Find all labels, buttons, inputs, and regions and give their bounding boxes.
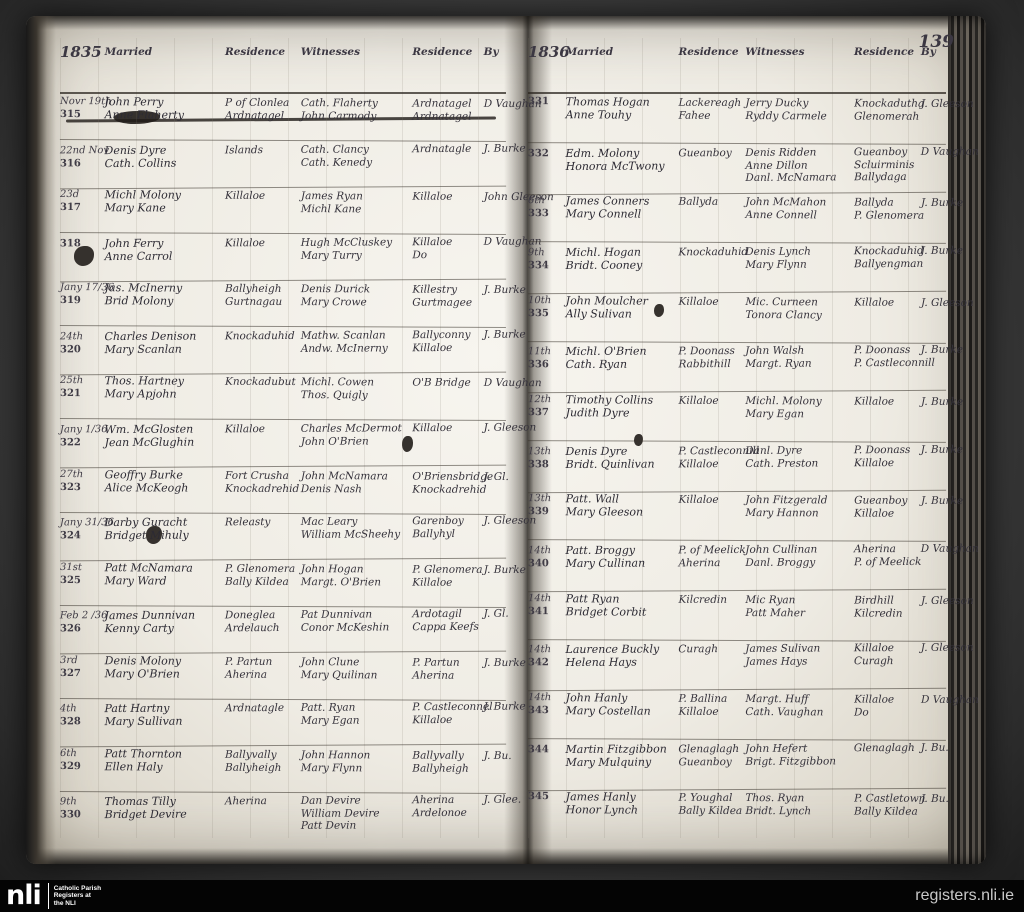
entry-couple-names: Patt HartnyMary Sullivan [104, 703, 225, 729]
entry-witnesses: Dan DevireWilliam DevirePatt Devin [301, 795, 413, 833]
entry-witnesses: Hugh McCluskeyMary Turry [301, 236, 413, 262]
entry-witnesses: Mathw. ScanlanAndw. McInerny [301, 329, 413, 355]
nli-logo-text: nli [6, 883, 41, 909]
entry-witness-residence: P. CastletownBally Kildea [854, 793, 921, 818]
site-watermark: registers.nli.ie [915, 887, 1014, 905]
entry-officiant: J. Burke [921, 197, 946, 210]
entry-witnesses: Denis LynchMary Flynn [745, 245, 854, 271]
entry-officiant: J. Burke [484, 657, 506, 670]
entry-witness-residence: Killaloe [412, 191, 483, 204]
column-header-residence: Residence [225, 46, 301, 59]
register-header-right: 1836 Married Residence Witnesses Residen… [528, 38, 946, 94]
entry-couple-names: Thomas TillyBridget Devire [104, 796, 225, 822]
register-entry: Jany 31/36324Darby GurachtBridget Mihuly… [60, 512, 506, 561]
entry-number-date: 10th335 [528, 295, 566, 320]
entry-couple-names: John HanlyMary Costellan [566, 692, 679, 717]
entry-number-date: 4th328 [60, 703, 105, 728]
entry-officiant: J. Gleeson [921, 595, 946, 608]
entry-residence: Knockaduhid [678, 246, 745, 259]
register-entry: 22nd Nov316Denis DyreCath. CollinsIsland… [60, 139, 506, 188]
entry-number-date: 14th342 [528, 644, 566, 669]
entry-number-date: 6th329 [60, 748, 105, 773]
entry-witnesses: Michl. MolonyMary Egan [745, 395, 854, 420]
register-entry: 14th341Patt RyanBridget CorbitKilcredinM… [528, 590, 946, 641]
register-entry: 6th333James ConnersMary ConnellBallydaJo… [528, 192, 946, 243]
register-entry: 9th334Michl. HoganBridt. CooneyKnockaduh… [528, 242, 946, 294]
entry-witnesses: Mic RyanPatt Maher [745, 594, 854, 619]
column-header-by: By [484, 46, 506, 59]
register-entry: 14th343John HanlyMary CostellanP. Ballin… [528, 689, 946, 740]
entry-witness-residence: Ardnatagle [412, 142, 483, 155]
entry-witness-residence: KnockaduthaGlenomerah [854, 98, 921, 123]
entry-witnesses: John WalshMargt. Ryan [745, 345, 854, 371]
entry-number-date: Feb 2 /36326 [60, 610, 105, 635]
entry-officiant: J. Burke [921, 245, 946, 258]
entry-officiant: J. Bu. [921, 793, 946, 806]
entry-witness-residence: KnockaduhidBallyengman [854, 245, 921, 270]
entry-witnesses: James RyanMichl Kane [301, 190, 413, 215]
entry-witnesses: Mac LearyWilliam McSheehy [301, 515, 413, 541]
entry-witnesses: James SulivanJames Hays [745, 643, 854, 669]
entry-residence: Aherina [225, 795, 301, 808]
entry-number-date: 345 [528, 791, 566, 804]
entry-officiant: D Vaughan [921, 145, 946, 158]
entry-couple-names: Darby GurachtBridget Mihuly [104, 516, 225, 542]
entry-witness-residence: P. DoonassP. Castleconnill [854, 344, 921, 369]
register-entry: 14th340Patt. BroggyMary CullinanP. of Me… [528, 540, 946, 592]
logo-divider [48, 883, 49, 909]
register-book-spread: 1835 Married Residence Witnesses Residen… [26, 16, 986, 864]
entry-residence: P. CastleconnillKillaloe [678, 445, 745, 470]
entry-residence: Kilcredin [679, 593, 746, 606]
entry-number-date: 344 [528, 744, 566, 757]
register-entry: 4th328Patt HartnyMary SullivanArdnatagle… [60, 698, 506, 747]
entry-witness-residence: GueanboyKillaloe [854, 495, 921, 520]
column-header-witnesses: Witnesses [745, 46, 854, 59]
entry-witness-residence: Killaloe [854, 396, 921, 409]
entry-witness-residence: KillaloeCuragh [854, 642, 921, 667]
entry-witnesses: Charles McDermotJohn O'Brien [301, 422, 413, 448]
entry-witnesses: Thos. RyanBridt. Lynch [745, 792, 854, 817]
entry-residence: P of ClonleaArdnatagel [225, 97, 301, 122]
entry-witnesses: Denis DurickMary Crowe [301, 283, 413, 308]
entry-number-date: 13th339 [528, 493, 566, 518]
entry-couple-names: Thos. HartneyMary Apjohn [105, 376, 226, 402]
entry-witness-residence: P. PartunAherina [412, 656, 483, 681]
entry-number-date: 332 [528, 148, 566, 161]
register-entry: 24th320Charles DenisonMary ScanlanKnocka… [60, 325, 506, 374]
entry-number-date: 14th340 [528, 545, 566, 570]
register-entry: 23d317Michl MolonyMary KaneKillaloeJames… [60, 186, 506, 235]
entry-witnesses: Cath. ClancyCath. Kenedy [301, 143, 413, 169]
entry-witness-residence: P. CastleconnelKillaloe [412, 701, 484, 726]
footer-bar: nli Catholic Parish Registers at the NLI… [0, 880, 1024, 912]
entry-couple-names: Denis DyreBridt. Quinlivan [565, 445, 678, 471]
entry-officiant: D Vaughan [484, 98, 506, 111]
entry-couple-names: Edm. MolonyHonora McTwony [565, 147, 678, 173]
entry-witness-residence: Killaloe [412, 422, 483, 435]
entry-number-date: 31st325 [60, 562, 105, 587]
register-entry: 27th323Geoffry BurkeAlice McKeoghFort Cr… [60, 466, 506, 515]
entry-witnesses: John McMahonAnne Connell [745, 196, 854, 221]
entry-residence: Ardnatagle [225, 702, 301, 715]
register-entry: Novr 19th315John PerryAnne FlahertyP of … [60, 93, 506, 142]
entry-officiant: J. Burke [921, 443, 946, 456]
register-entry: 11th336Michl. O'BrienCath. RyanP. Doonas… [528, 341, 946, 393]
entry-officiant: J. Bu. [921, 741, 946, 754]
entry-couple-names: Charles DenisonMary Scanlan [104, 330, 225, 356]
entry-couple-names: Patt RyanBridget Corbit [566, 593, 679, 618]
column-header-witnesses: Witnesses [301, 46, 413, 59]
entry-officiant: J. Gl. [484, 608, 506, 621]
entry-witness-residence: AherinaArdelonoe [412, 794, 484, 819]
register-entry: 10th335John MoulcherAlly SulivanKillaloe… [528, 292, 946, 343]
entry-residence: P. of MeelickAherina [678, 544, 745, 569]
entry-officiant: J. Burke [921, 344, 946, 357]
entry-witnesses: Denis RiddenAnne DillonDanl. McNamara [745, 146, 854, 184]
entry-residence: Releasty [225, 516, 301, 529]
entry-officiant: D Vaughan [921, 694, 946, 707]
entry-residence: BallyheighGurtnagau [225, 283, 301, 308]
column-header-married: Married [105, 46, 225, 59]
entry-number-date: 27th323 [60, 469, 105, 494]
entry-number-date: 11th336 [528, 346, 566, 371]
entry-residence: Gueanboy [678, 147, 745, 160]
column-header-residence: Residence [678, 46, 745, 59]
entry-officiant: J. Gleeson [484, 422, 506, 435]
entry-officiant: J. Gleeson [921, 642, 946, 655]
entry-residence: LackereaghFahee [678, 97, 745, 122]
entry-couple-names: John MoulcherAlly Sulivan [566, 295, 679, 320]
entry-witnesses: Mic. CurneenTonora Clancy [745, 296, 854, 321]
register-entry: 332Edm. MolonyHonora McTwonyGueanboyDeni… [528, 142, 946, 194]
entry-officiant: D Vaughan [484, 235, 506, 248]
entry-witnesses: John CullinanDanl. Broggy [745, 543, 854, 569]
entry-residence: Killaloe [225, 190, 301, 203]
register-entry: 13th339Patt. WallMary GleesonKillaloeJoh… [528, 490, 946, 541]
register-entry: 3rd327Denis MolonyMary O'BrienP. PartunA… [60, 652, 506, 701]
entry-witness-residence: O'BriensbridgeKnockadrehid [412, 470, 483, 495]
entry-witnesses: Jerry DuckyRyddy Carmele [745, 97, 854, 122]
entry-number-date: 22nd Nov316 [60, 145, 105, 170]
entry-number-date: 3rd327 [60, 655, 105, 680]
entry-residence: Killaloe [225, 423, 301, 436]
entry-couple-names: Geoffry BurkeAlice McKeogh [105, 469, 226, 495]
entry-couple-names: Patt. BroggyMary Cullinan [565, 544, 678, 570]
register-entry: 345James HanlyHonor LynchP. YoughalBally… [528, 788, 946, 838]
nli-logo-caption: Catholic Parish Registers at the NLI [54, 885, 101, 908]
entry-officiant: J. Gleeson [921, 296, 946, 309]
entry-residence: Killaloe [679, 494, 746, 507]
entry-officiant: J. Gleeson [921, 98, 946, 111]
entry-couple-names: Michl. O'BrienCath. Ryan [565, 346, 678, 372]
year-label: 1836 [528, 46, 566, 59]
entry-residence: Killaloe [679, 295, 746, 308]
column-header-residence2: Residence [854, 46, 921, 59]
register-entry: Jany 1/36322Wm. McGlostenJean McGlughinK… [60, 419, 506, 468]
entry-number-date: Jany 1/36322 [60, 424, 105, 449]
entry-witnesses: John HoganMargt. O'Brien [301, 563, 413, 588]
entry-couple-names: John PerryAnne Flaherty [105, 96, 226, 122]
entry-number-date: 9th330 [60, 797, 105, 822]
entry-witnesses: John McNamaraDenis Nash [301, 470, 413, 495]
entry-residence: Islands [225, 143, 301, 156]
entry-witness-residence: Glenaglagh [854, 742, 921, 755]
register-entry: 6th329Patt ThorntonEllen HalyBallyvallyB… [60, 745, 506, 794]
page-number: 139 [919, 32, 955, 52]
entry-witnesses: John CluneMary Quilinan [301, 656, 413, 681]
entry-witness-residence: P. DoonassKillaloe [854, 444, 921, 469]
entry-couple-names: James DunnivanKenny Carty [104, 610, 225, 636]
page-curl-right [948, 16, 986, 864]
entry-witness-residence: KillaloeDo [854, 694, 921, 719]
entry-witness-residence: GarenboyBallyhyl [412, 515, 484, 540]
entry-witness-residence: P. GlenomeraKillaloe [412, 563, 483, 588]
year-label: 1835 [60, 46, 105, 59]
entry-residence: GlenaglaghGueanboy [678, 743, 745, 768]
entry-couple-names: John FerryAnne Carrol [104, 237, 225, 263]
entry-couple-names: Thomas HoganAnne Touhy [566, 96, 679, 121]
register-page-right: 139 1836 Married Residence Witnesses Res… [528, 38, 946, 838]
entry-residence: Ballyda [679, 196, 746, 209]
entry-couple-names: Martin FitzgibbonMary Mulquiny [565, 743, 678, 769]
entry-couple-names: Laurence BucklyHelena Hays [565, 644, 678, 670]
entry-couple-names: Michl MolonyMary Kane [105, 189, 226, 215]
entry-witness-residence: GueanboyScluirminisBallydaga [854, 146, 921, 184]
entry-witnesses: Margt. HuffCath. Vaughan [745, 693, 854, 718]
entry-witness-residence: ArdotagilCappa Keefs [412, 608, 484, 633]
register-entry: Feb 2 /36326James DunnivanKenny CartyDon… [60, 605, 506, 654]
entry-couple-names: Patt McNamaraMary Ward [105, 562, 226, 588]
entry-officiant: D Vaughan [484, 377, 506, 390]
entry-officiant: J. Burke [921, 396, 946, 409]
entry-officiant: J. Burke [484, 701, 506, 714]
entry-residence: P. PartunAherina [225, 655, 301, 680]
entry-officiant: J. Burke [484, 328, 506, 341]
entry-number-date: Novr 19th315 [60, 96, 105, 121]
entry-officiant: John Gleeson [484, 191, 506, 204]
register-entry: 25th321Thos. HartneyMary ApjohnKnockadub… [60, 372, 506, 421]
entry-residence: P. BallinaKillaloe [678, 693, 745, 718]
entry-witnesses: Pat DunnivanConor McKeshin [301, 608, 413, 634]
register-page-left: 1835 Married Residence Witnesses Residen… [60, 38, 506, 838]
entry-witnesses: Cath. FlahertyJohn Carmody [301, 97, 413, 122]
column-header-married: Married [566, 46, 679, 59]
entry-witnesses: Michl. CowenThos. Quigly [301, 376, 413, 401]
register-header-left: 1835 Married Residence Witnesses Residen… [60, 38, 506, 94]
entry-couple-names: Wm. McGlostenJean McGlughin [104, 423, 225, 449]
entry-number-date: 331 [528, 96, 566, 109]
entry-couple-names: Michl. HoganBridt. Cooney [565, 246, 678, 272]
entry-number-date: 6th333 [528, 195, 566, 220]
register-entry: 13th338Denis DyreBridt. QuinlivanP. Cast… [528, 440, 946, 492]
entry-residence: Killaloe [679, 395, 746, 408]
entry-officiant: J. Glee. [484, 794, 506, 807]
entry-witness-residence: KillestryGurtmagee [412, 284, 483, 309]
entry-number-date: 25th321 [60, 375, 105, 400]
register-entry: Jany 17/36319Jas. McInernyBrid MolonyBal… [60, 279, 506, 328]
entry-number-date: Jany 31/36324 [60, 517, 105, 542]
entry-officiant: J. Bu. [484, 750, 506, 763]
entry-witnesses: John HefertBrigt. Fitzgibbon [745, 742, 854, 768]
nli-logo: nli Catholic Parish Registers at the NLI [6, 883, 101, 909]
register-entry: 9th330Thomas TillyBridget DevireAherinaD… [60, 791, 506, 839]
entry-residence: Killaloe [225, 237, 301, 250]
register-entry: 318John FerryAnne CarrolKillaloeHugh McC… [60, 232, 506, 281]
entry-witness-residence: Killaloe [854, 296, 921, 309]
entry-residence: BallyvallyBallyheigh [225, 749, 301, 774]
register-entry: 344Martin FitzgibbonMary MulquinyGlenagl… [528, 738, 946, 790]
entry-residence: Fort CrushaKnockadrehid [225, 469, 301, 494]
entry-couple-names: Jas. McInernyBrid Molony [105, 282, 226, 308]
entry-number-date: 13th338 [528, 446, 566, 471]
register-entry: 331Thomas HoganAnne TouhyLackereaghFahee… [528, 93, 946, 144]
entry-number-date: 9th334 [528, 247, 566, 272]
entry-witness-residence: KillaloeDo [412, 235, 484, 260]
entry-witness-residence: ArdnatagelArdnatagel [412, 98, 483, 123]
entry-number-date: 318 [60, 238, 105, 251]
entry-number-date: 14th343 [528, 692, 566, 717]
book-binding-left [26, 16, 56, 864]
entry-officiant: J. Gleeson [484, 515, 506, 528]
entry-witnesses: Danl. DyreCath. Preston [745, 444, 854, 470]
entry-witness-residence: AherinaP. of Meelick [854, 543, 921, 568]
entry-witness-residence: BallydaP. Glenomera [854, 197, 921, 222]
entry-residence: DonegleaArdelauch [225, 609, 301, 634]
entry-number-date: 14th341 [528, 593, 566, 618]
entry-residence: Knockadubut [225, 376, 301, 389]
entry-residence: P. YoughalBally Kildea [678, 792, 745, 817]
entry-witnesses: John HannonMary Flynn [301, 749, 413, 774]
entry-couple-names: Patt. WallMary Gleeson [566, 494, 679, 519]
entry-witnesses: John FitzgeraldMary Hannon [745, 494, 854, 519]
entry-number-date: 12th337 [528, 394, 566, 419]
entry-officiant: J. Burke [484, 564, 506, 577]
entry-officiant: J. Burke [484, 284, 506, 297]
entry-couple-names: Timothy CollinsJudith Dyre [566, 394, 679, 419]
entry-couple-names: Patt ThorntonEllen Haly [105, 748, 226, 774]
entry-residence: Curagh [678, 643, 745, 656]
entry-couple-names: Denis MolonyMary O'Brien [105, 655, 226, 681]
entry-witness-residence: O'B Bridge [412, 377, 483, 390]
register-scan-viewer: 1835 Married Residence Witnesses Residen… [0, 0, 1024, 912]
register-entry: 31st325Patt McNamaraMary WardP. Glenomer… [60, 559, 506, 608]
entry-couple-names: Denis DyreCath. Collins [104, 144, 225, 170]
entry-residence: Knockaduhid [225, 330, 301, 343]
entry-number-date: 23d317 [60, 189, 105, 214]
entry-witnesses: Patt. RyanMary Egan [301, 702, 413, 728]
entry-officiant: J. Burke [484, 142, 506, 155]
entry-residence: P. GlenomeraBally Kildea [225, 562, 301, 587]
entry-residence: P. DoonassRabbithill [678, 345, 745, 370]
register-entry: 12th337Timothy CollinsJudith DyreKillalo… [528, 391, 946, 442]
entry-officiant: J. Gl. [484, 470, 506, 483]
entry-officiant: J. Burke [921, 495, 946, 508]
entry-number-date: 24th320 [60, 331, 105, 356]
entry-number-date: Jany 17/36319 [60, 282, 105, 307]
entry-couple-names: James ConnersMary Connell [566, 196, 679, 221]
entry-witness-residence: BallyvallyBallyheigh [412, 749, 483, 774]
column-header-residence2: Residence [412, 46, 483, 59]
register-entry: 14th342Laurence BucklyHelena HaysCuraghJ… [528, 639, 946, 691]
entry-witness-residence: BirdhillKilcredin [854, 594, 921, 619]
entry-witness-residence: BallyconnyKillaloe [412, 329, 484, 354]
entry-couple-names: James HanlyHonor Lynch [566, 792, 679, 817]
entry-officiant: D Vaughan [921, 543, 946, 556]
